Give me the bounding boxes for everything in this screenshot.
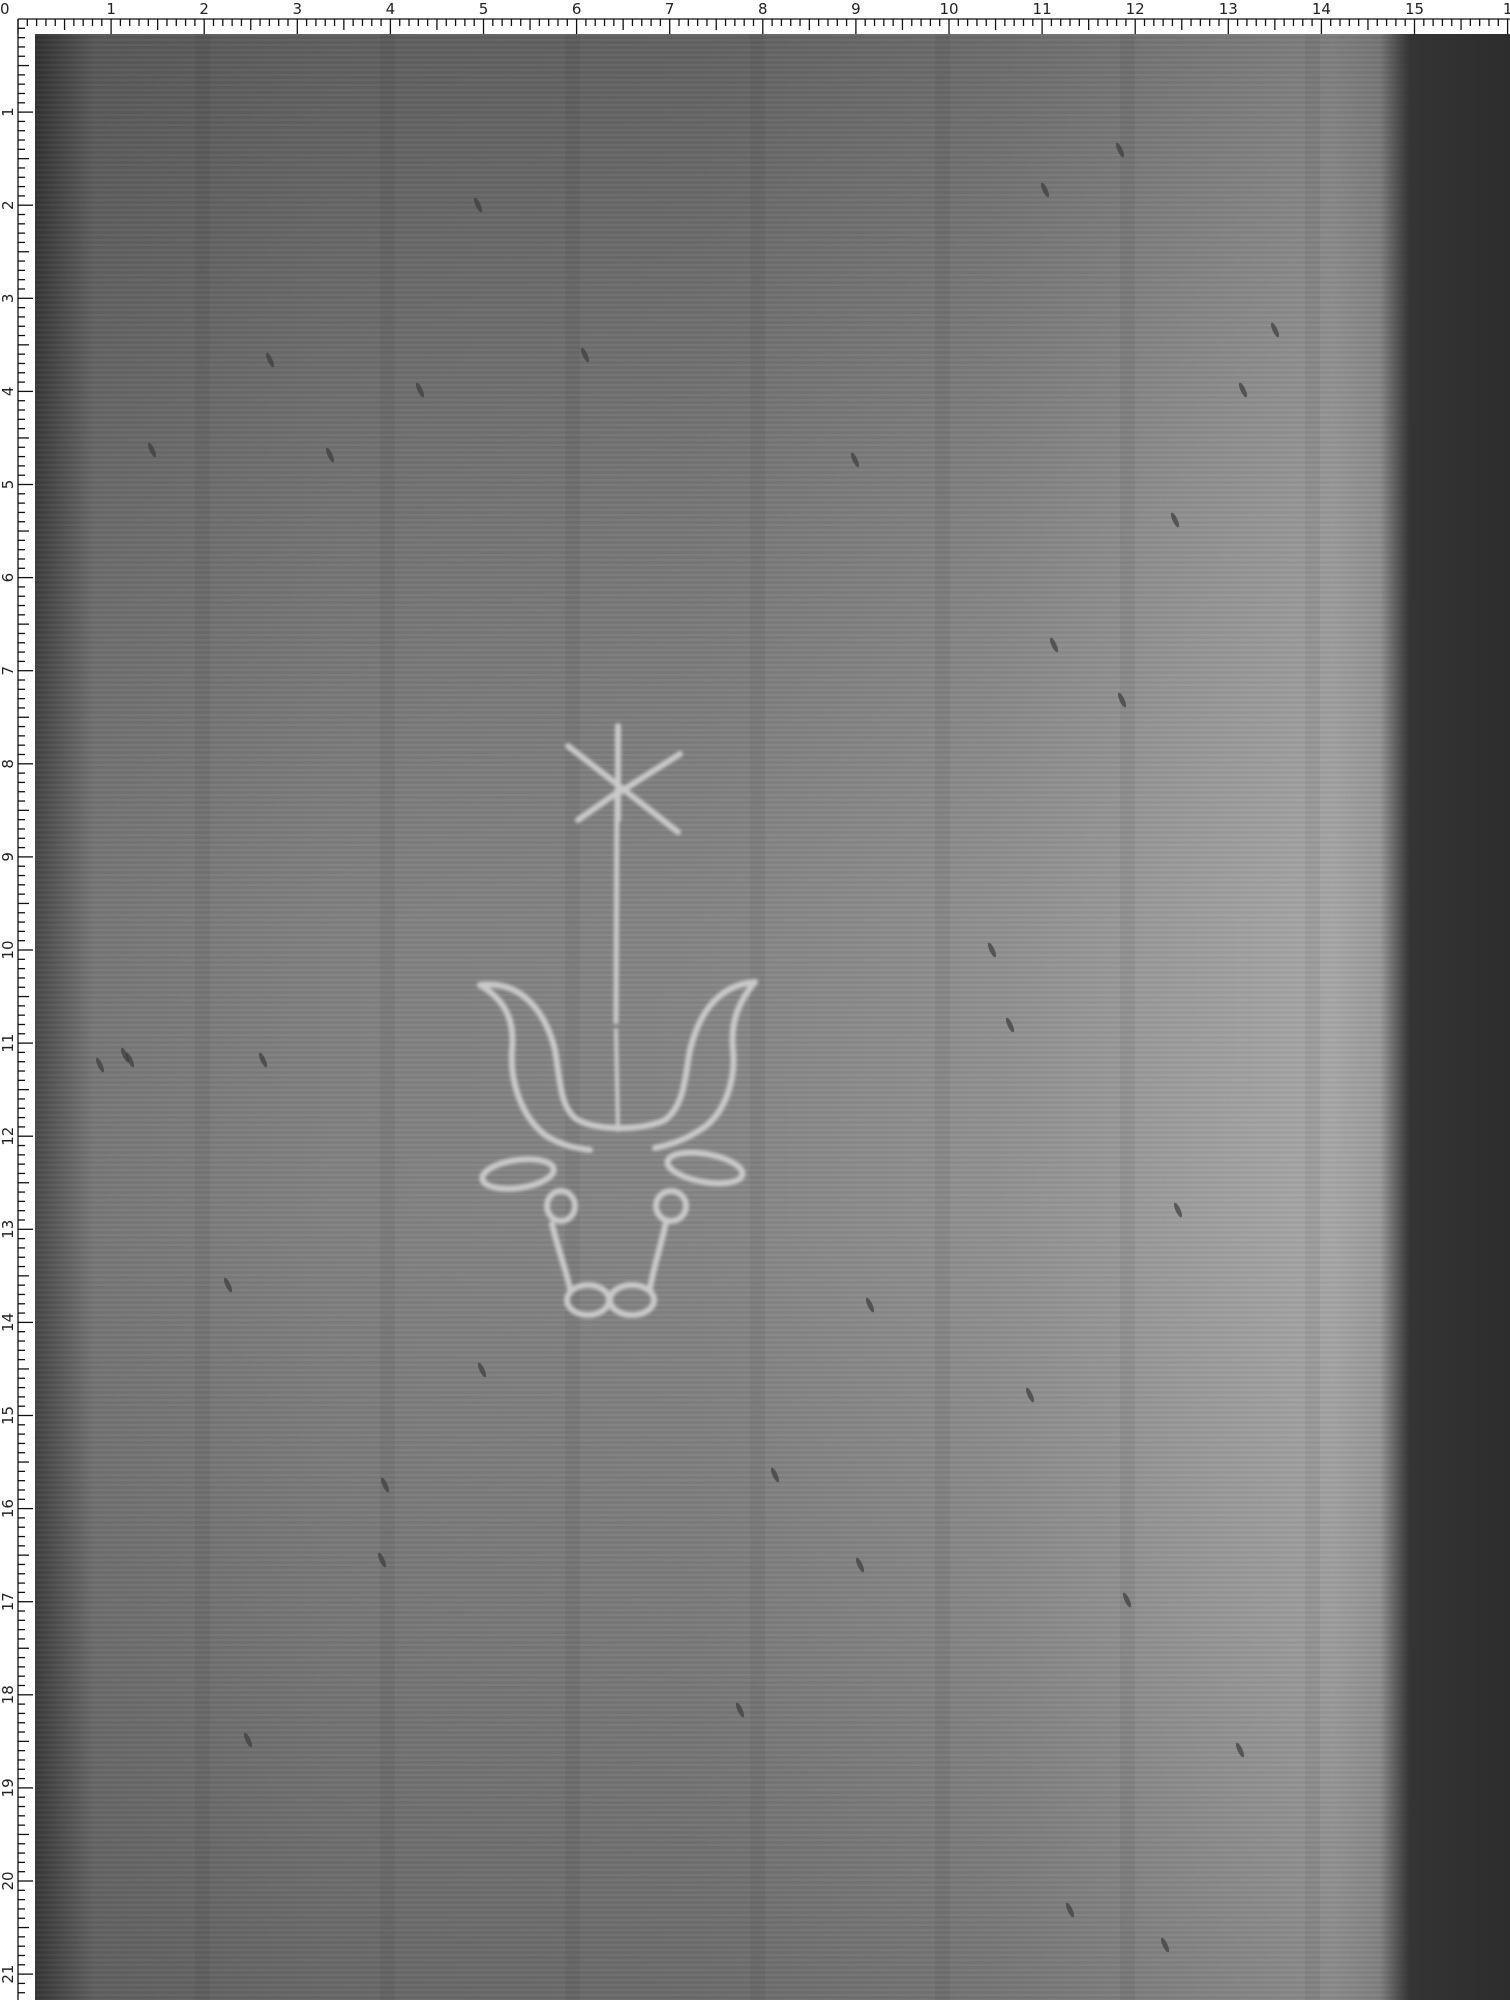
left-ruler-label: 14 <box>0 1313 17 1332</box>
top-ruler-label: 1 <box>106 0 116 18</box>
top-ruler-label: 0 <box>0 0 10 18</box>
left-ruler-label: 13 <box>0 1220 17 1239</box>
left-ruler-label: 7 <box>0 666 17 676</box>
ruler-graphics: 01234567891011121314151 1234567891011121… <box>0 0 1510 2000</box>
top-ruler-label: 5 <box>479 0 489 18</box>
top-ruler-label: 11 <box>1033 0 1052 18</box>
top-ruler-label: 4 <box>386 0 396 18</box>
top-ruler-label: 8 <box>758 0 768 18</box>
top-ruler-label: 3 <box>293 0 303 18</box>
top-ruler-label: 12 <box>1126 0 1145 18</box>
left-ruler-label: 10 <box>0 940 17 959</box>
top-ruler-label: 2 <box>199 0 209 18</box>
left-ruler-label: 19 <box>0 1778 17 1797</box>
left-ruler-label: 16 <box>0 1499 17 1518</box>
left-ruler-ticks: 123456789101112131415161718192021 <box>0 28 33 1992</box>
left-ruler-label: 8 <box>0 759 17 769</box>
left-ruler-label: 3 <box>0 294 17 304</box>
top-ruler-ticks: 01234567891011121314151 <box>0 0 1510 34</box>
left-ruler-label: 2 <box>0 200 17 210</box>
left-ruler-label: 17 <box>0 1592 17 1611</box>
left-ruler-label: 4 <box>0 387 17 397</box>
left-ruler-label: 9 <box>0 852 17 862</box>
left-ruler-label: 11 <box>0 1034 17 1053</box>
top-ruler-label: 10 <box>939 0 958 18</box>
left-ruler-label: 5 <box>0 480 17 490</box>
left-ruler-label: 15 <box>0 1406 17 1425</box>
top-ruler-label: 14 <box>1312 0 1331 18</box>
left-ruler-label: 21 <box>0 1965 17 1984</box>
top-ruler-label: 7 <box>665 0 675 18</box>
left-ruler-label: 20 <box>0 1871 17 1890</box>
top-ruler-label: 1 <box>1503 0 1510 18</box>
top-ruler-label: 6 <box>572 0 582 18</box>
left-ruler-label: 12 <box>0 1127 17 1146</box>
top-ruler-label: 13 <box>1219 0 1238 18</box>
left-ruler-label: 1 <box>0 107 17 117</box>
left-ruler-label: 6 <box>0 573 17 583</box>
top-ruler-label: 15 <box>1405 0 1424 18</box>
top-ruler-label: 9 <box>851 0 861 18</box>
left-ruler-label: 18 <box>0 1685 17 1704</box>
